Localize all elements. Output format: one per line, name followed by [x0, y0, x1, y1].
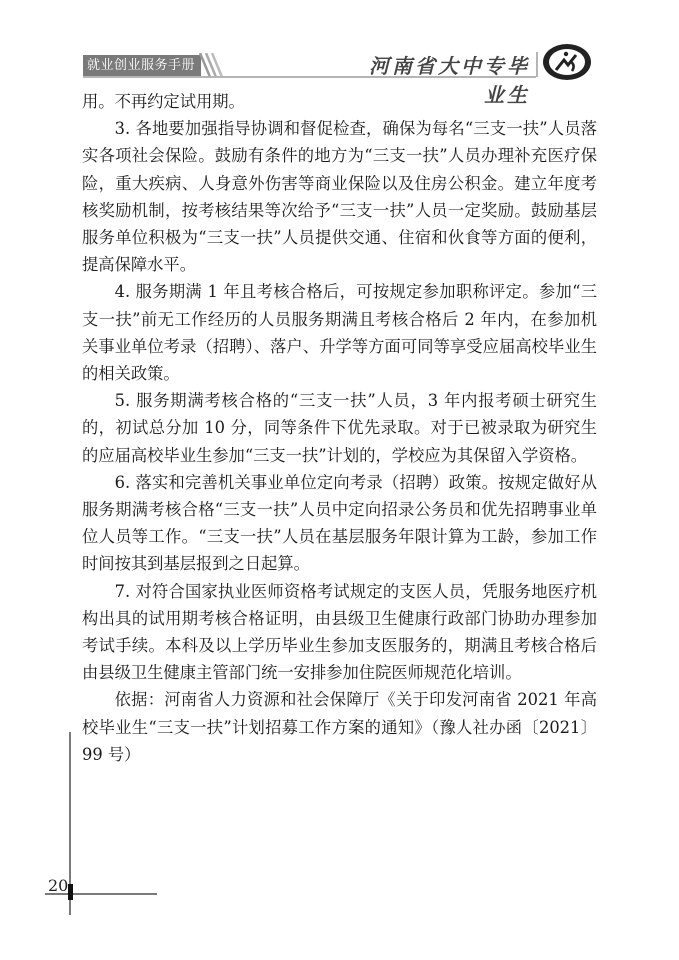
paragraph-continuation: 用。不再约定试用期。 — [82, 88, 597, 115]
association-emblem-icon — [542, 43, 592, 81]
paragraph-source: 依据：河南省人力资源和社会保障厅《关于印发河南省 2021 年高校毕业生“三支一… — [82, 686, 597, 768]
book-title-tag: 就业创业服务手册 — [83, 55, 201, 77]
paragraph-item-7: 7. 对符合国家执业医师资格考试规定的支医人员，凭服务地医疗机构出具的试用期考核… — [82, 578, 597, 687]
paragraph-item-5: 5. 服务期满考核合格的“三支一扶”人员，3 年内报考硕士研究生的，初试总分加 … — [82, 387, 597, 469]
page-header: 就业创业服务手册 河南省大中专毕业生 — [0, 0, 679, 90]
page-marker — [68, 884, 73, 900]
page-number: 20 — [48, 876, 68, 895]
decorative-slashes-icon — [198, 53, 226, 77]
paragraph-item-6: 6. 落实和完善机关事业单位定向考录（招聘）政策。按规定做好从服务期满考核合格“… — [82, 469, 597, 578]
paragraph-item-4: 4. 服务期满 1 年且考核合格后，可按规定参加职称评定。参加“三支一扶”前无工… — [82, 278, 597, 387]
header-separator — [536, 52, 538, 77]
document-body: 用。不再约定试用期。 3. 各地要加强指导协调和督促检查，确保为每名“三支一扶”… — [82, 88, 597, 768]
paragraph-item-3: 3. 各地要加强指导协调和督促检查，确保为每名“三支一扶”人员落实各项社会保险。… — [82, 115, 597, 278]
